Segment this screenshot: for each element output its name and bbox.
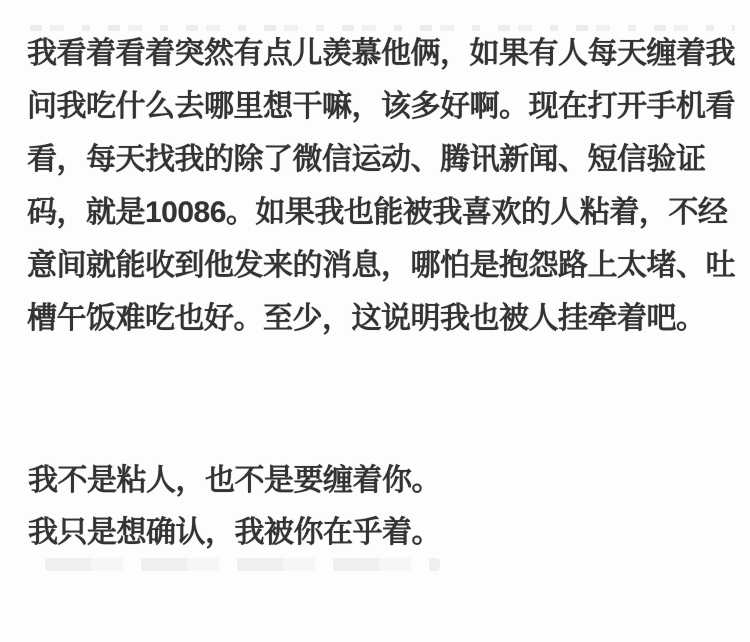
paragraph-line: 码，就是10086。如果我也能被我喜欢的人粘着，不经 — [27, 186, 735, 239]
paragraph-line: 意间就能收到他发来的消息，哪怕是抱怨路上太堵、吐 — [27, 239, 735, 292]
closing-lines: 我不是粘人，也不是要缠着你。 我只是想确认，我被你在乎着。 — [28, 455, 441, 559]
main-paragraph: 我看着看着突然有点儿羡慕他俩，如果有人每天缠着我 问我吃什么去哪里想干嘛，该多好… — [27, 27, 735, 345]
closing-line: 我只是想确认，我被你在乎着。 — [28, 507, 441, 559]
paragraph-line: 我看着看着突然有点儿羡慕他俩，如果有人每天缠着我 — [27, 27, 735, 80]
text-screenshot-page: 我看着看着突然有点儿羡慕他俩，如果有人每天缠着我 问我吃什么去哪里想干嘛，该多好… — [0, 0, 750, 642]
bottom-ghost-artifact — [45, 558, 440, 571]
closing-line: 我不是粘人，也不是要缠着你。 — [28, 455, 441, 507]
paragraph-line: 看，每天找我的除了微信运动、腾讯新闻、短信验证 — [27, 133, 735, 186]
paragraph-line: 问我吃什么去哪里想干嘛，该多好啊。现在打开手机看 — [27, 80, 735, 133]
paragraph-line: 槽午饭难吃也好。至少，这说明我也被人挂牵着吧。 — [27, 292, 735, 345]
